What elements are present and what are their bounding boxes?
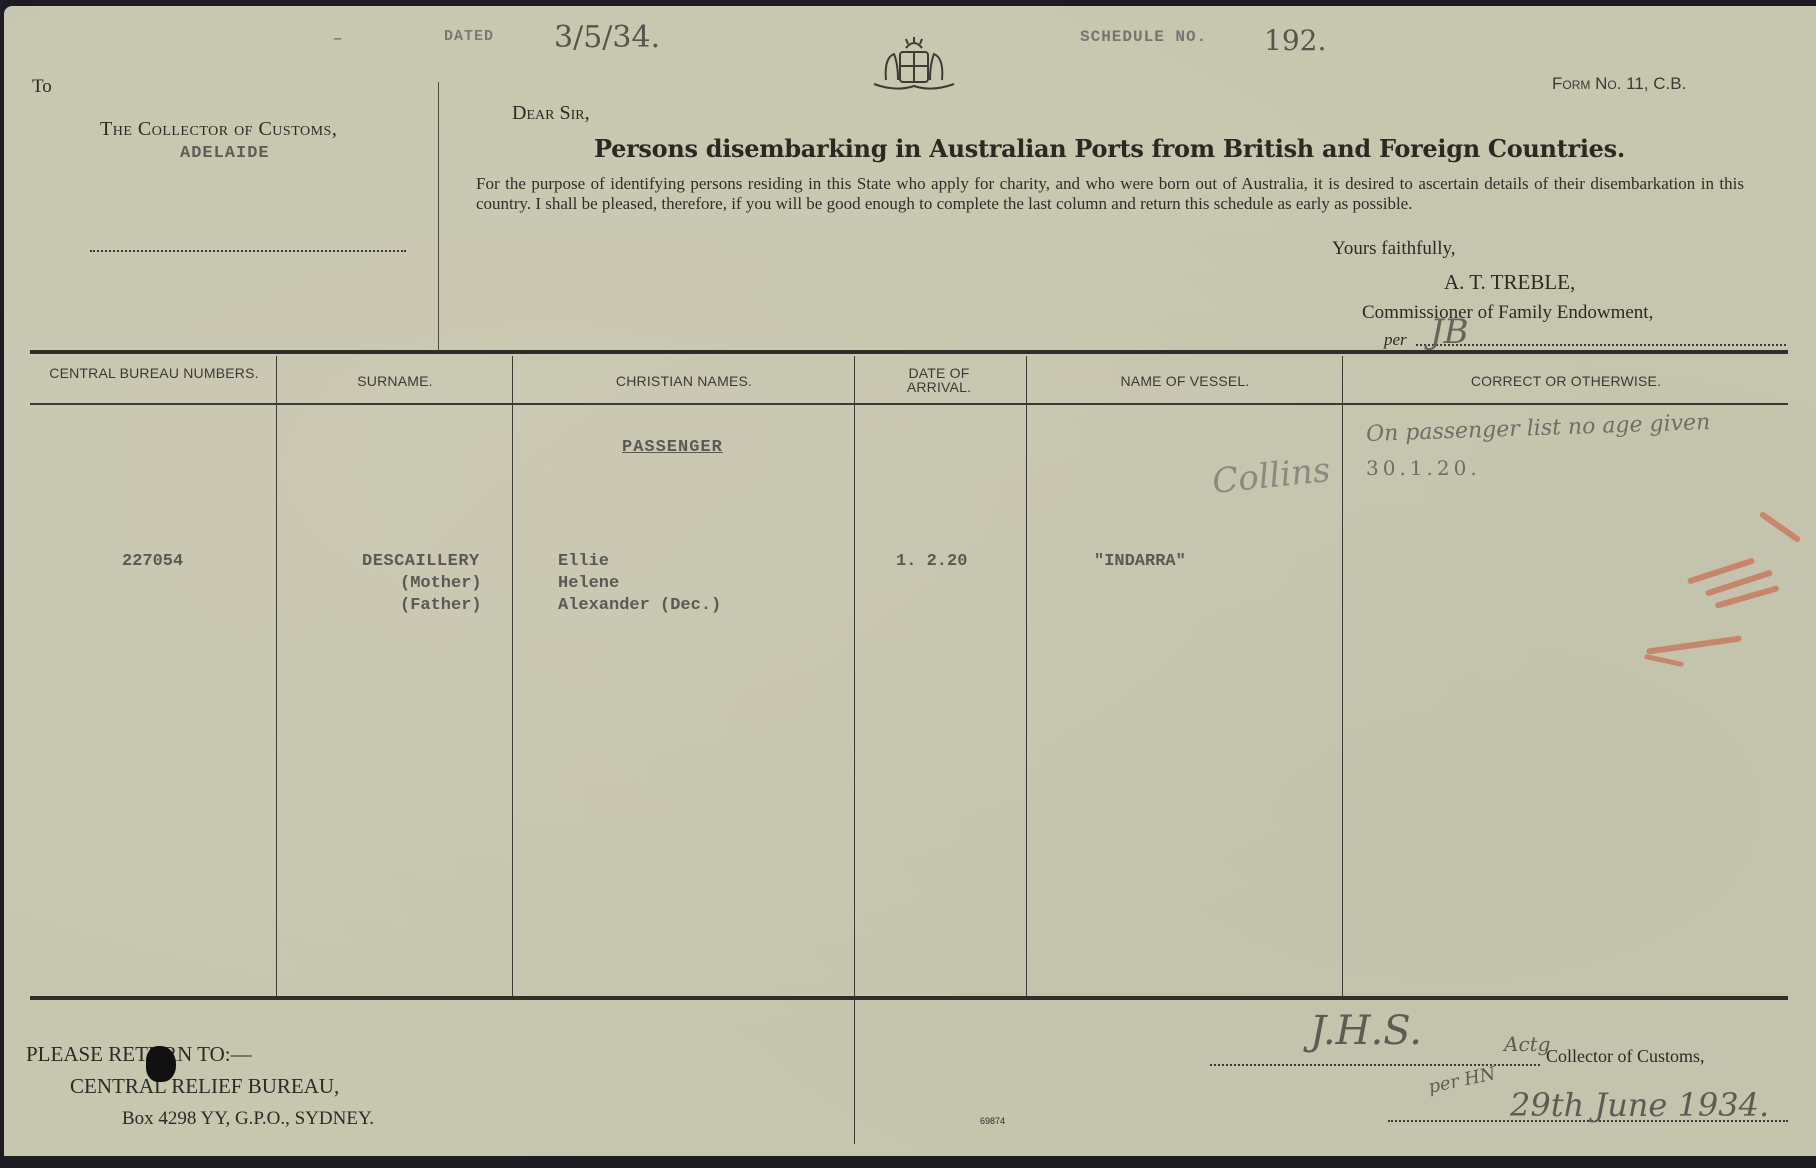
signatory-title: Commissioner of Family Endowment, bbox=[1362, 302, 1653, 324]
column-header-christian-names: CHRISTIAN NAMES. bbox=[514, 374, 854, 388]
correct-note-line-1: On passenger list no age given bbox=[1366, 410, 1711, 447]
correct-note-line-2: 30.1.20. bbox=[1366, 456, 1481, 480]
letter-body: For the purpose of identifying persons r… bbox=[476, 174, 1744, 214]
form-document: — DATED 3/5/34. SCHEDULE NO. 192. Form N… bbox=[4, 6, 1816, 1156]
bureau-address: Box 4298 YY, G.P.O., SYDNEY. bbox=[122, 1108, 374, 1130]
column-divider bbox=[854, 356, 855, 996]
footer-divider bbox=[854, 1000, 855, 1144]
per-signature: JB bbox=[1430, 312, 1469, 352]
addressee-title: The Collector of Customs, bbox=[100, 118, 337, 141]
surname: DESCAILLERY bbox=[362, 552, 480, 571]
table-bottom-rule bbox=[30, 996, 1788, 1000]
margin-note: Collins bbox=[1210, 450, 1332, 502]
section-label-passenger: PASSENGER bbox=[622, 438, 723, 457]
per-signature-line bbox=[1416, 344, 1786, 346]
dash-mark: — bbox=[334, 32, 341, 46]
column-divider bbox=[1026, 356, 1027, 996]
vessel-name: "INDARRA" bbox=[1094, 552, 1186, 571]
column-header-date-of-arrival: DATE OF ARRIVAL. bbox=[884, 366, 994, 394]
per-initials: per HN bbox=[1427, 1063, 1498, 1098]
form-number: Form No. 11, C.B. bbox=[1552, 74, 1686, 94]
print-code: 69874 bbox=[980, 1116, 1005, 1126]
addressee-city: ADELAIDE bbox=[180, 144, 270, 163]
address-divider bbox=[438, 82, 439, 352]
bureau-number: 227054 bbox=[122, 552, 183, 571]
bureau-name: CENTRAL RELIEF BUREAU, bbox=[70, 1074, 339, 1099]
address-line bbox=[90, 250, 406, 252]
column-header-vessel: NAME OF VESSEL. bbox=[1028, 374, 1342, 388]
closing: Yours faithfully, bbox=[1332, 238, 1456, 260]
column-divider bbox=[512, 356, 513, 996]
collector-signature: J.H.S. bbox=[1310, 1008, 1422, 1054]
collector-label: Collector of Customs, bbox=[1546, 1046, 1705, 1067]
collector-prefix: Actg bbox=[1504, 1032, 1550, 1056]
coat-of-arms-icon bbox=[866, 36, 962, 94]
column-header-bureau-numbers: CENTRAL BUREAU NUMBERS. bbox=[34, 366, 274, 380]
per-label: per bbox=[1384, 330, 1407, 350]
salutation: Dear Sir, bbox=[512, 102, 590, 125]
column-header-surname: SURNAME. bbox=[278, 374, 512, 388]
column-divider bbox=[1342, 356, 1343, 996]
dated-label: DATED bbox=[444, 28, 494, 45]
letter-heading: Persons disembarking in Australian Ports… bbox=[594, 134, 1625, 163]
to-label: To bbox=[32, 76, 52, 98]
table-top-rule bbox=[30, 350, 1788, 354]
date-signed: 29th June 1934. bbox=[1510, 1086, 1769, 1124]
schedule-value: 192. bbox=[1264, 24, 1326, 57]
ink-blot bbox=[146, 1046, 176, 1082]
table-header-rule bbox=[30, 403, 1788, 405]
christian-name-2: Helene bbox=[558, 574, 619, 593]
return-label: PLEASE RETURN TO:— bbox=[26, 1042, 252, 1067]
dated-value: 3/5/34. bbox=[554, 20, 660, 55]
signatory-name: A. T. TREBLE, bbox=[1444, 270, 1575, 295]
relation-mother: (Mother) bbox=[400, 574, 482, 593]
relation-father: (Father) bbox=[400, 596, 482, 615]
date-of-arrival: 1. 2.20 bbox=[896, 552, 967, 571]
column-divider bbox=[276, 356, 277, 996]
christian-name-1: Ellie bbox=[558, 552, 609, 571]
column-header-correct-or-otherwise: CORRECT OR OTHERWISE. bbox=[1344, 374, 1788, 388]
schedule-label: SCHEDULE NO. bbox=[1080, 28, 1207, 46]
christian-name-3: Alexander (Dec.) bbox=[558, 596, 721, 615]
